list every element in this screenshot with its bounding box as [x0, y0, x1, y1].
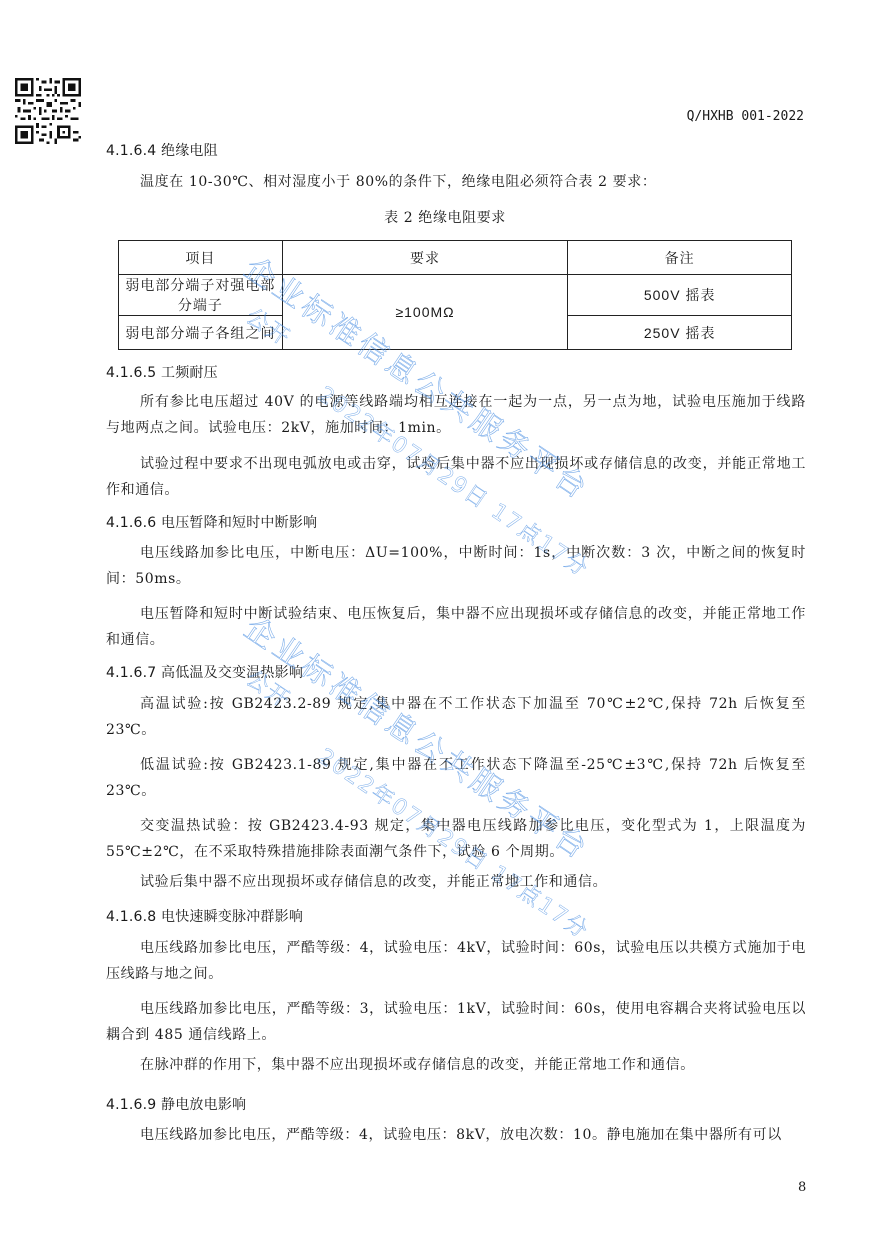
paragraph: 电压线路加参比电压，严酷等级：3，试验电压：1kV，试验时间：60s，使用电容耦… — [106, 996, 806, 1048]
paragraph: 所有参比电压超过 40V 的电源等线路端均相互连接在一起为一点，另一点为地，试验… — [106, 389, 806, 441]
table-caption: 表 2 绝缘电阻要求 — [0, 207, 890, 227]
section-heading-4-1-6-7: 4.1.6.7 高低温及交变温热影响 — [106, 662, 303, 682]
paragraph: 电压线路加参比电压，严酷等级：4，试验电压：8kV，放电次数：10。静电施加在集… — [106, 1122, 806, 1148]
section-heading-4-1-6-4: 4.1.6.4 绝缘电阻 — [106, 140, 218, 160]
paragraph: 试验后集中器不应出现损坏或存储信息的改变，并能正常地工作和通信。 — [106, 869, 806, 895]
section-heading-4-1-6-5: 4.1.6.5 工频耐压 — [106, 362, 218, 382]
header-note: 备注 — [568, 241, 792, 275]
section-heading-4-1-6-6: 4.1.6.6 电压暂降和短时中断影响 — [106, 512, 317, 532]
paragraph: 电压线路加参比电压，中断电压：ΔU=100%，中断时间：1s，中断次数：3 次，… — [106, 540, 806, 592]
page-number: 8 — [798, 1180, 806, 1195]
paragraph: 在脉冲群的作用下，集中器不应出现损坏或存储信息的改变，并能正常地工作和通信。 — [106, 1052, 806, 1078]
cell-requirement: ≥100MΩ — [282, 275, 568, 350]
insulation-resistance-table: 项目 要求 备注 弱电部分端子对强电部分端子 ≥100MΩ 500V 摇表 弱电… — [118, 240, 792, 350]
table-header-row: 项目 要求 备注 — [119, 241, 792, 275]
paragraph: 高温试验:按 GB2423.2-89 规定,集中器在不工作状态下加温至 70℃±… — [106, 691, 806, 743]
table-row: 弱电部分端子对强电部分端子 ≥100MΩ 500V 摇表 — [119, 275, 792, 316]
cell-note: 250V 摇表 — [568, 316, 792, 350]
paragraph: 低温试验:按 GB2423.1-89 规定,集中器在不工作状态下降温至-25℃±… — [106, 752, 806, 804]
cell-note: 500V 摇表 — [568, 275, 792, 316]
paragraph: 试验过程中要求不出现电弧放电或击穿，试验后集中器不应出现损坏或存储信息的改变，并… — [106, 451, 806, 503]
qr-code — [15, 78, 81, 144]
paragraph: 交变温热试验：按 GB2423.4-93 规定，集中器电压线路加参比电压，变化型… — [106, 813, 806, 865]
paragraph: 电压线路加参比电压，严酷等级：4，试验电压：4kV，试验时间：60s，试验电压以… — [106, 935, 806, 987]
paragraph: 电压暂降和短时中断试验结束、电压恢复后，集中器不应出现损坏或存储信息的改变，并能… — [106, 601, 806, 653]
qr-code-icon — [15, 78, 81, 144]
header-item: 项目 — [119, 241, 283, 275]
cell-item: 弱电部分端子对强电部分端子 — [119, 275, 283, 316]
paragraph: 温度在 10-30℃、相对湿度小于 80%的条件下，绝缘电阻必须符合表 2 要求… — [106, 169, 806, 195]
standard-code: Q/HXHB 001-2022 — [687, 109, 804, 124]
cell-item: 弱电部分端子各组之间 — [119, 316, 283, 350]
section-heading-4-1-6-8: 4.1.6.8 电快速瞬变脉冲群影响 — [106, 906, 303, 926]
section-heading-4-1-6-9: 4.1.6.9 静电放电影响 — [106, 1094, 246, 1114]
header-requirement: 要求 — [282, 241, 568, 275]
